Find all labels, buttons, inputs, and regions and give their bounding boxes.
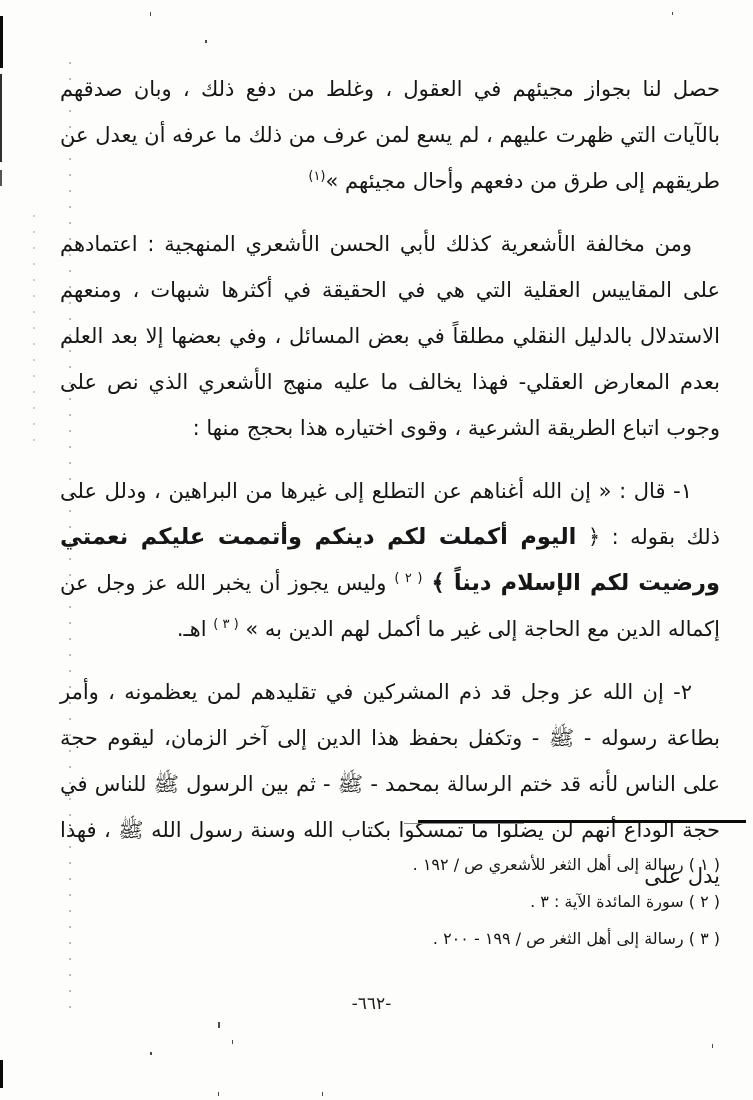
item-1-closing-text: اهـ. xyxy=(177,617,213,641)
page-number: -٦٦٢- xyxy=(0,994,743,1014)
scan-edge-artifact xyxy=(0,170,2,186)
paragraph-2: ومن مخالفة الأشعرية كذلك لأبي الحسن الأش… xyxy=(60,221,720,451)
scan-speck-artifact xyxy=(672,12,673,15)
scan-speck-artifact xyxy=(218,1092,219,1096)
scan-edge-artifact xyxy=(0,16,3,68)
scan-speck-artifact xyxy=(205,40,207,43)
scanned-book-page: حصل لنا بجواز مجيئهم في العقول ، وغلط من… xyxy=(0,0,753,1100)
footnote-2: ( ٢ ) سورة المائدة الآية : ٣ . xyxy=(60,883,720,920)
scan-speck-artifact xyxy=(218,1022,220,1028)
paragraph-1: حصل لنا بجواز مجيئهم في العقول ، وغلط من… xyxy=(60,66,720,204)
footnote-separator-rule-tail xyxy=(404,823,524,824)
footnote-reference-1: (١) xyxy=(308,169,325,184)
paragraph-1-text: حصل لنا بجواز مجيئهم في العقول ، وغلط من… xyxy=(60,77,720,193)
scan-dotted-line-artifact xyxy=(33,215,35,445)
scan-edge-artifact xyxy=(0,1060,3,1088)
paragraph-3-numbered-item-1: ١- قال : « إن الله أغناهم عن التطلع إلى … xyxy=(60,468,720,652)
scan-edge-artifact xyxy=(0,74,2,162)
scan-speck-artifact xyxy=(232,1040,233,1044)
footnote-1: ( ١ ) رسالة إلى أهل الثغر للأشعري ص / ١٩… xyxy=(60,846,720,883)
paragraph-2-text: ومن مخالفة الأشعرية كذلك لأبي الحسن الأش… xyxy=(60,232,720,440)
scan-speck-artifact xyxy=(150,1052,152,1055)
footnote-3: ( ٣ ) رسالة إلى أهل الثغر ص / ١٩٩ - ٢٠٠ … xyxy=(60,920,720,957)
scan-speck-artifact xyxy=(712,1044,713,1048)
scan-speck-artifact xyxy=(322,1092,323,1096)
footnotes-block: ( ١ ) رسالة إلى أهل الثغر للأشعري ص / ١٩… xyxy=(60,846,720,957)
scan-speck-artifact xyxy=(150,12,151,16)
footnote-reference-3: ( ٣ ) xyxy=(213,617,238,632)
page-body-text: حصل لنا بجواز مجيئهم في العقول ، وغلط من… xyxy=(60,66,720,916)
footnote-reference-2: ( ٢ ) xyxy=(394,571,422,586)
